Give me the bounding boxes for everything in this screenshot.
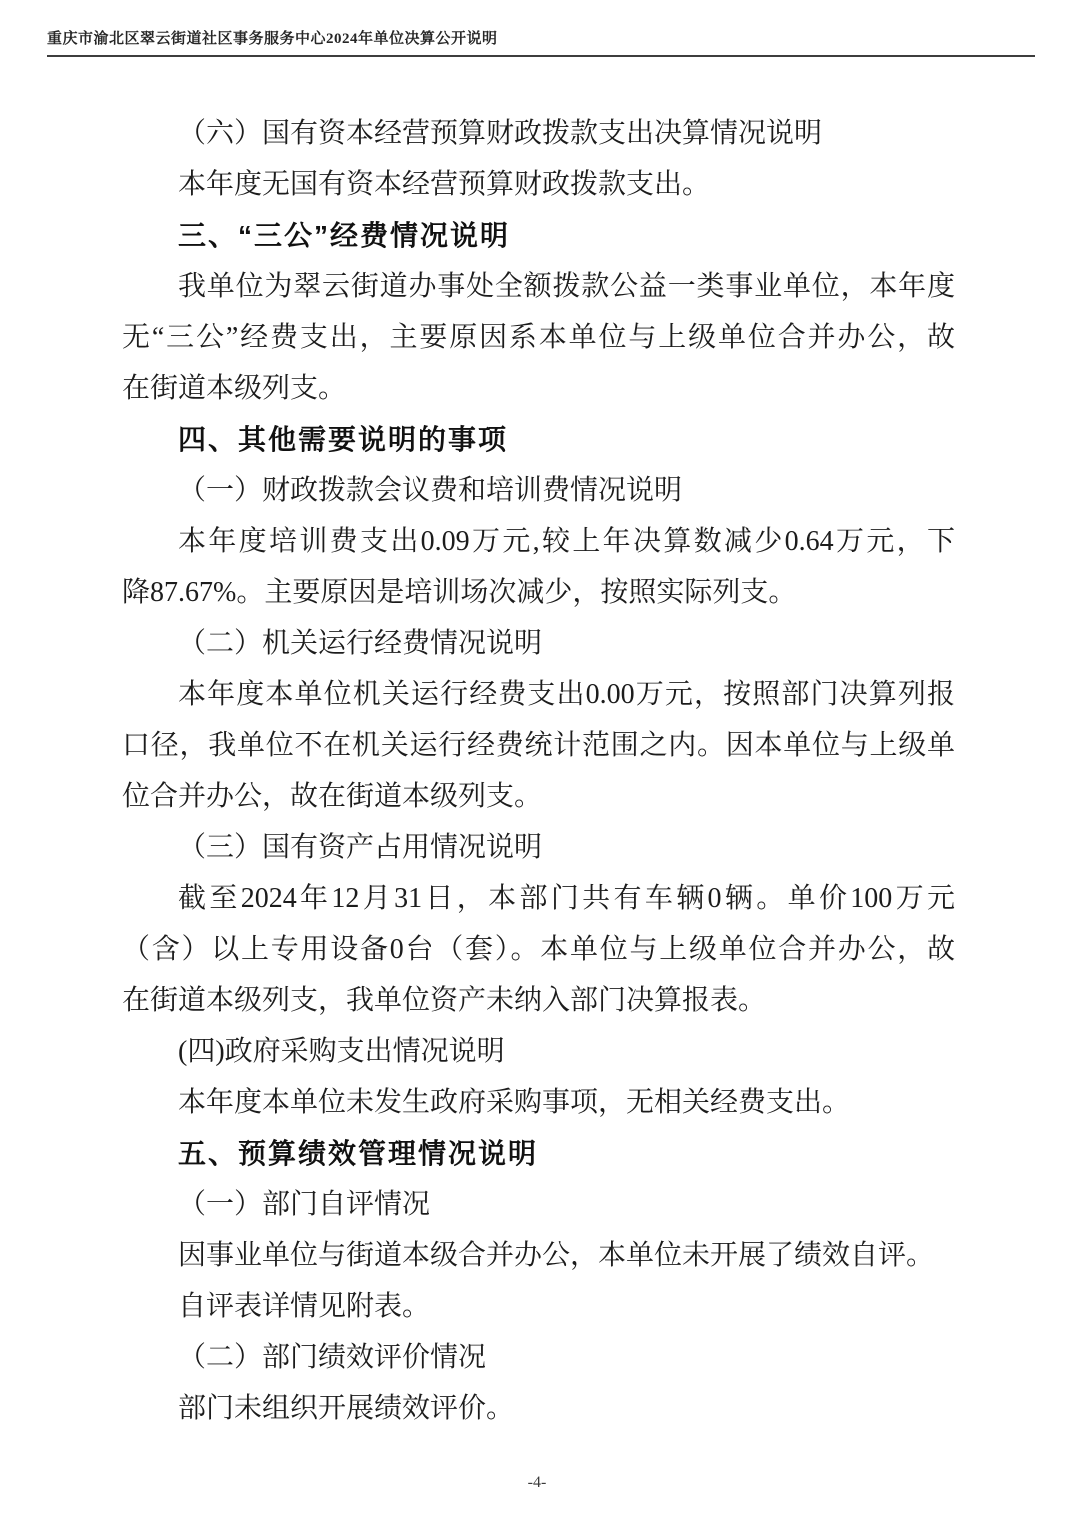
text-line: 本年度本单位未发生政府采购事项，无相关经费支出。 <box>122 1077 955 1128</box>
text-line: 无“三公”经费支出，主要原因系本单位与上级单位合并办公，故 <box>122 312 955 363</box>
text-line: （三）国有资产占用情况说明 <box>122 822 955 873</box>
document-page: 重庆市渝北区翠云街道社区事务服务中心2024年单位决算公开说明 （六）国有资本经… <box>0 0 1074 1520</box>
text-line: 在街道本级列支。 <box>122 363 955 414</box>
text-line: 部门未组织开展绩效评价。 <box>122 1383 955 1434</box>
text-line: （二）机关运行经费情况说明 <box>122 618 955 669</box>
document-body: （六）国有资本经营预算财政拨款支出决算情况说明本年度无国有资本经营预算财政拨款支… <box>122 108 955 1434</box>
text-line: 自评表详情见附表。 <box>122 1281 955 1332</box>
text-line: 本年度本单位机关运行经费支出0.00万元，按照部门决算列报 <box>122 669 955 720</box>
text-line: （一）财政拨款会议费和培训费情况说明 <box>122 465 955 516</box>
text-line: (四)政府采购支出情况说明 <box>122 1026 955 1077</box>
text-line: 因事业单位与街道本级合并办公，本单位未开展了绩效自评。 <box>122 1230 955 1281</box>
section-heading: 五、预算绩效管理情况说明 <box>122 1128 955 1179</box>
text-line: 本年度培训费支出0.09万元,较上年决算数减少0.64万元，下 <box>122 516 955 567</box>
section-heading: 三、“三公”经费情况说明 <box>122 210 955 261</box>
section-heading: 四、其他需要说明的事项 <box>122 414 955 465</box>
text-line: 截至2024年12月31日，本部门共有车辆0辆。单价100万元 <box>122 873 955 924</box>
text-line: 口径，我单位不在机关运行经费统计范围之内。因本单位与上级单 <box>122 720 955 771</box>
text-line: （六）国有资本经营预算财政拨款支出决算情况说明 <box>122 108 955 159</box>
header-title: 重庆市渝北区翠云街道社区事务服务中心2024年单位决算公开说明 <box>47 27 1035 48</box>
text-line: 位合并办公，故在街道本级列支。 <box>122 771 955 822</box>
text-line: 降87.67%。主要原因是培训场次减少，按照实际列支。 <box>122 567 955 618</box>
text-line: （二）部门绩效评价情况 <box>122 1332 955 1383</box>
text-line: 我单位为翠云街道办事处全额拨款公益一类事业单位，本年度 <box>122 261 955 312</box>
page-footer: -4- <box>0 1474 1074 1492</box>
text-line: （含）以上专用设备0台（套）。本单位与上级单位合并办公，故 <box>122 924 955 975</box>
page-header: 重庆市渝北区翠云街道社区事务服务中心2024年单位决算公开说明 <box>47 27 1035 57</box>
text-line: （一）部门自评情况 <box>122 1179 955 1230</box>
text-line: 在街道本级列支，我单位资产未纳入部门决算报表。 <box>122 975 955 1026</box>
text-line: 本年度无国有资本经营预算财政拨款支出。 <box>122 159 955 210</box>
page-number: -4- <box>528 1474 547 1491</box>
